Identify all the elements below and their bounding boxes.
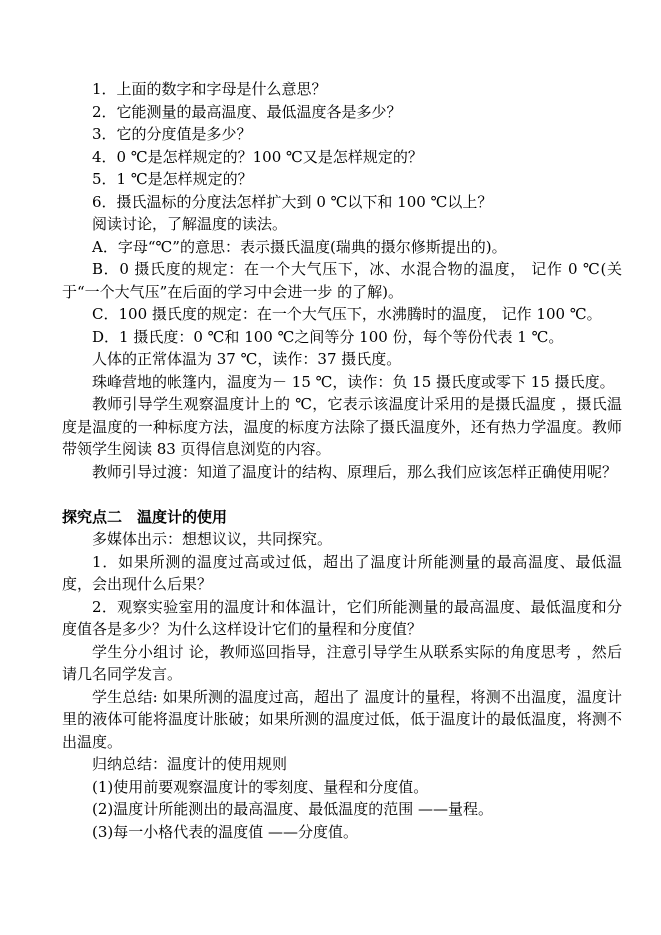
definition-item-a: A．字母“℃”的意思：表示摄氏温度(瑞典的摄尔修斯提出的)。 bbox=[62, 236, 622, 259]
question-list-item: 1．上面的数字和字母是什么意思？ bbox=[62, 78, 622, 101]
paragraph: 学生分小组讨 论，教师巡回指导，注意引导学生从联系实际的角度思考 ，然后请几名同… bbox=[62, 641, 622, 686]
rule-list-item: (2)温度计所能测出的最高温度、最低温度的范围 ——量程。 bbox=[62, 798, 622, 821]
paragraph: 教师引导过渡：知道了温度计的结构、原理后，那么我们应该怎样正确使用呢？ bbox=[62, 461, 622, 484]
paragraph: 阅读讨论，了解温度的读法。 bbox=[62, 213, 622, 236]
paragraph: 珠峰营地的帐篷内，温度为－ 15 ℃，读作：负 15 摄氏度或零下 15 摄氏度… bbox=[62, 371, 622, 394]
paragraph: 学生总结: 如果所测的温度过高，超出了 温度计的量程，将测不出温度，温度计里的液… bbox=[62, 686, 622, 754]
rule-list-item: (1)使用前要观察温度计的零刻度、量程和分度值。 bbox=[62, 776, 622, 799]
definition-item-d: D．1 摄氏度：0 ℃和 100 ℃之间等分 100 份，每个等份代表 1 ℃。 bbox=[62, 326, 622, 349]
section-heading: 探究点二 温度计的使用 bbox=[62, 506, 622, 529]
question-list-item: 2．它能测量的最高温度、最低温度各是多少？ bbox=[62, 101, 622, 124]
paragraph: 多媒体出示：想想议议，共同探究。 bbox=[62, 528, 622, 551]
paragraph: 教师引导学生观察温度计上的 ℃，它表示该温度计采用的是摄氏温度 ，摄氏温度是温度… bbox=[62, 393, 622, 461]
question-list-item: 2．观察实验室用的温度计和体温计，它们所能测量的最高温度、最低温度和分度值各是多… bbox=[62, 596, 622, 641]
document-content: 1．上面的数字和字母是什么意思？ 2．它能测量的最高温度、最低温度各是多少？ 3… bbox=[62, 78, 622, 843]
question-list-item: 4．0 ℃是怎样规定的？100 ℃又是怎样规定的？ bbox=[62, 146, 622, 169]
question-list-item: 6．摄氏温标的分度法怎样扩大到 0 ℃以下和 100 ℃以上？ bbox=[62, 191, 622, 214]
document-page: 1．上面的数字和字母是什么意思？ 2．它能测量的最高温度、最低温度各是多少？ 3… bbox=[0, 0, 661, 935]
paragraph: 归纳总结：温度计的使用规则 bbox=[62, 753, 622, 776]
definition-item-c: C．100 摄氏度的规定：在一个大气压下，水沸腾时的温度， 记作 100 ℃。 bbox=[62, 303, 622, 326]
question-list-item: 3．它的分度值是多少？ bbox=[62, 123, 622, 146]
paragraph: 人体的正常体温为 37 ℃，读作：37 摄氏度。 bbox=[62, 348, 622, 371]
question-list-item: 1．如果所测的温度过高或过低，超出了温度计所能测量的最高温度、最低温度，会出现什… bbox=[62, 551, 622, 596]
question-list-item: 5．1 ℃是怎样规定的？ bbox=[62, 168, 622, 191]
rule-list-item: (3)每一小格代表的温度值 ——分度值。 bbox=[62, 821, 622, 844]
definition-item-b: B．0 摄氏度的规定：在一个大气压下，冰、水混合物的温度， 记作 0 ℃(关于“… bbox=[62, 258, 622, 303]
